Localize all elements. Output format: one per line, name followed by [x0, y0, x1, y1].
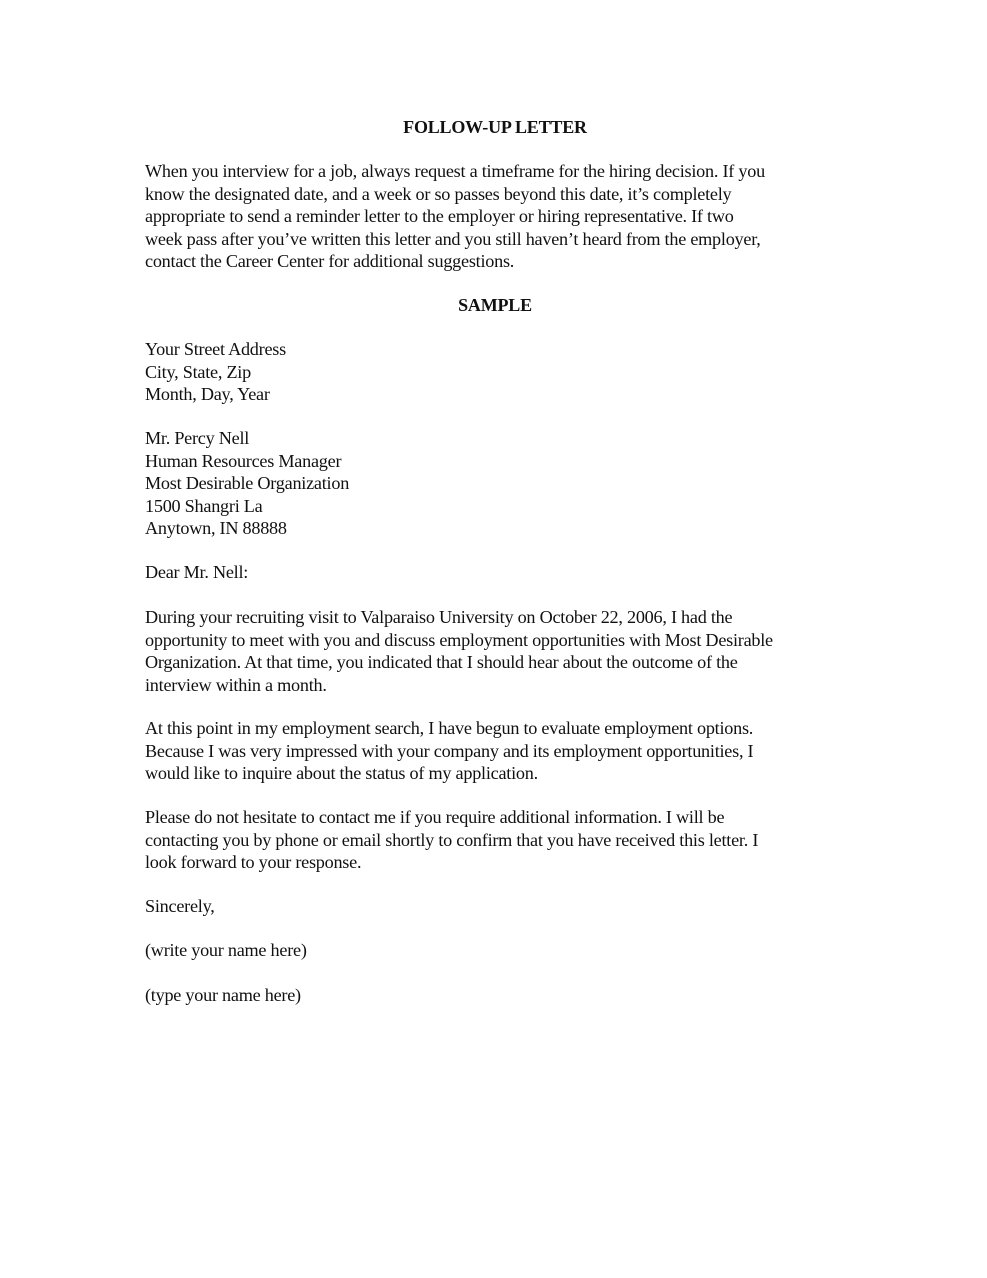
paragraph-line: opportunity to meet with you and discuss…	[145, 629, 773, 652]
paragraph-line: Because I was very impressed with your c…	[145, 740, 753, 763]
paragraph-line: At this point in my employment search, I…	[145, 717, 753, 740]
signature-typed-placeholder: (type your name here)	[145, 984, 301, 1007]
recipient-title: Human Resources Manager	[145, 450, 349, 473]
paragraph-line: contacting you by phone or email shortly…	[145, 829, 758, 852]
paragraph-line: would like to inquire about the status o…	[145, 762, 753, 785]
recipient-street: 1500 Shangri La	[145, 495, 349, 518]
signature-handwritten-placeholder: (write your name here)	[145, 939, 307, 962]
recipient-name: Mr. Percy Nell	[145, 427, 349, 450]
body-paragraph-1: During your recruiting visit to Valparai…	[145, 606, 773, 696]
intro-line: contact the Career Center for additional…	[145, 250, 845, 273]
sender-street: Your Street Address	[145, 338, 286, 361]
body-paragraph-2: At this point in my employment search, I…	[145, 717, 753, 785]
intro-line: week pass after you’ve written this lett…	[145, 228, 845, 251]
intro-line: know the designated date, and a week or …	[145, 183, 845, 206]
recipient-address: Mr. Percy Nell Human Resources Manager M…	[145, 427, 349, 540]
intro-line: appropriate to send a reminder letter to…	[145, 205, 845, 228]
recipient-city-state-zip: Anytown, IN 88888	[145, 517, 349, 540]
salutation: Dear Mr. Nell:	[145, 561, 248, 584]
paragraph-line: Please do not hesitate to contact me if …	[145, 806, 758, 829]
paragraph-line: look forward to your response.	[145, 851, 758, 874]
sender-city-state-zip: City, State, Zip	[145, 361, 286, 384]
intro-line: When you interview for a job, always req…	[145, 160, 845, 183]
closing: Sincerely,	[145, 895, 215, 918]
sample-heading: SAMPLE	[145, 294, 845, 316]
paragraph-line: Organization. At that time, you indicate…	[145, 651, 773, 674]
paragraph-line: interview within a month.	[145, 674, 773, 697]
body-paragraph-3: Please do not hesitate to contact me if …	[145, 806, 758, 874]
intro-paragraph: When you interview for a job, always req…	[145, 160, 845, 273]
recipient-organization: Most Desirable Organization	[145, 472, 349, 495]
paragraph-line: During your recruiting visit to Valparai…	[145, 606, 773, 629]
document-title: FOLLOW-UP LETTER	[145, 116, 845, 138]
sender-address: Your Street Address City, State, Zip Mon…	[145, 338, 286, 406]
letter-date: Month, Day, Year	[145, 383, 286, 406]
